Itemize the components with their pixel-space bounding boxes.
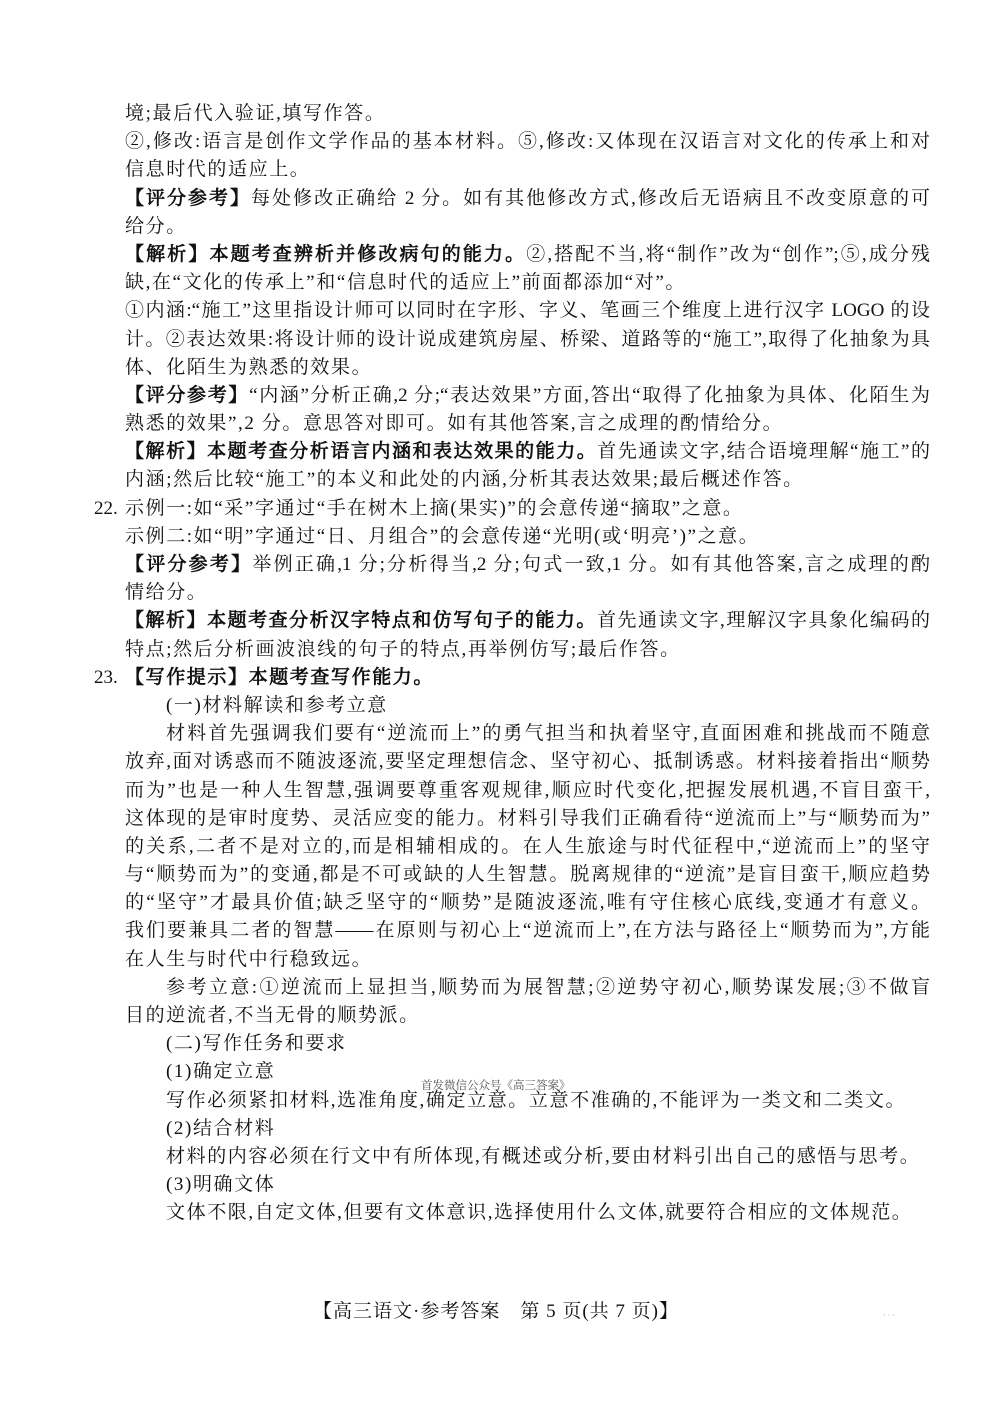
text-line: 材料首先强调我们要有“逆流而上”的勇气担当和执着坚守,直面困难和挑战而不随意 (125, 720, 930, 748)
text-line: (2)结合材料 (125, 1115, 930, 1143)
bold-label: 【解析】本题考查分析语言内涵和表达效果的能力。 (125, 441, 597, 462)
text-line: 【解析】本题考查辨析并修改病句的能力。②,搭配不当,将“制作”改为“创作”;⑤,… (125, 241, 930, 269)
text-segment: 举例正确,1 分;分析得当,2 分;句式一致,1 分。如有其他答案,言之成理的酌 (252, 554, 930, 575)
text-segment: 而为”也是一种人生智慧,强调要尊重客观规律,顺应时代变化,把握发展机遇,不盲目蛮… (125, 780, 930, 801)
text-segment: 示例二:如“明”字通过“日、月组合”的会意传递“光明(或‘明亮’)”之意。 (125, 526, 759, 547)
question-number: 23. (94, 664, 118, 692)
text-line: 示例二:如“明”字通过“日、月组合”的会意传递“光明(或‘明亮’)”之意。 (125, 523, 930, 551)
text-segment: 信息时代的适应上。 (125, 159, 310, 180)
text-segment: 缺,在“文化的传承上”和“信息时代的适应上”前面都添加“对”。 (125, 272, 686, 293)
text-line: 信息时代的适应上。 (125, 156, 930, 184)
text-segment: (1)确定立意 (166, 1061, 275, 1082)
text-line: 计。②表达效果:将设计师的设计说成建筑房屋、桥梁、道路等的“施工”,取得了化抽象… (125, 326, 930, 354)
text-line: 【评分参考】举例正确,1 分;分析得当,2 分;句式一致,1 分。如有其他答案,… (125, 551, 930, 579)
text-segment: 这体现的是审时度势、灵活应变的能力。材料引导我们正确看待“逆流而上”与“顺势而为… (125, 808, 930, 829)
page-footer: 【高三语文·参考答案 第 5 页(共 7 页)】 (0, 1300, 992, 1324)
answer-text: 境;最后代入验证,填写作答。20.②,修改:语言是创作文学作品的基本材料。⑤,修… (125, 100, 930, 1228)
text-line: (一)材料解读和参考立意 (125, 692, 930, 720)
watermark: 首发微信公众号《高三答案》 (421, 1080, 571, 1093)
text-segment: 与“顺势而为”的变通,都是不可或缺的人生智慧。脱离规律的“逆流”是盲目蛮干,顺应… (125, 864, 930, 885)
text-segment: 每处修改正确给 2 分。如有其他修改方式,修改后无语病且不改变原意的可 (251, 188, 930, 209)
text-segment: 示例一:如“采”字通过“手在树木上摘(果实)”的会意传递“摘取”之意。 (125, 498, 744, 519)
text-segment: ①内涵:“施工”这里指设计师可以同时在字形、字义、笔画三个维度上进行汉字 LOG… (125, 300, 930, 321)
text-line: 我们要兼具二者的智慧——在原则与初心上“逆流而上”,在方法与路径上“顺势而为”,… (125, 917, 930, 945)
bold-label: 【写作提示】本题考查写作能力。 (125, 667, 434, 688)
text-segment: (3)明确文体 (166, 1174, 275, 1195)
text-segment: 我们要兼具二者的智慧——在原则与初心上“逆流而上”,在方法与路径上“顺势而为”,… (125, 920, 930, 941)
text-segment: 材料首先强调我们要有“逆流而上”的勇气担当和执着坚守,直面困难和挑战而不随意 (166, 723, 930, 744)
text-line: 20.②,修改:语言是创作文学作品的基本材料。⑤,修改:又体现在汉语言对文化的传… (125, 128, 930, 156)
text-segment: 特点;然后分析画波浪线的句子的特点,再举例仿写;最后作答。 (125, 639, 681, 660)
text-segment: 体、化陌生为熟悉的效果。 (125, 357, 372, 378)
text-segment: 参考立意:①逆流而上显担当,顺势而为展智慧;②逆势守初心,顺势谋发展;③不做盲 (166, 977, 930, 998)
text-line: 【评分参考】“内涵”分析正确,2 分;“表达效果”方面,答出“取得了化抽象为具体… (125, 382, 930, 410)
text-segment: (2)结合材料 (166, 1118, 275, 1139)
text-line: 21.①内涵:“施工”这里指设计师可以同时在字形、字义、笔画三个维度上进行汉字 … (125, 297, 930, 325)
text-line: 【解析】本题考查分析汉字特点和仿写句子的能力。首先通读文字,理解汉字具象化编码的 (125, 607, 930, 635)
text-segment: 熟悉的效果”,2 分。意思答对即可。如有其他答案,言之成理的酌情给分。 (125, 413, 783, 434)
text-line: 境;最后代入验证,填写作答。 (125, 100, 930, 128)
bold-label: 【评分参考】 (125, 188, 251, 209)
text-line: 特点;然后分析画波浪线的句子的特点,再举例仿写;最后作答。 (125, 636, 930, 664)
text-line: 体、化陌生为熟悉的效果。 (125, 354, 930, 382)
text-line: 的关系,二者不是对立的,而是相辅相成的。在人生旅途与时代征程中,“逆流而上”的坚… (125, 833, 930, 861)
text-segment: “内涵”分析正确,2 分;“表达效果”方面,答出“取得了化抽象为具体、化陌生为 (249, 385, 930, 406)
text-line: 的“坚守”才最具价值;缺乏坚守的“顺势”是随波逐流,唯有守住核心底线,变通才有意… (125, 889, 930, 917)
text-line: (3)明确文体 (125, 1171, 930, 1199)
text-line: 这体现的是审时度势、灵活应变的能力。材料引导我们正确看待“逆流而上”与“顺势而为… (125, 805, 930, 833)
text-segment: 计。②表达效果:将设计师的设计说成建筑房屋、桥梁、道路等的“施工”,取得了化抽象… (125, 329, 930, 350)
text-line: 在人生与时代中行稳致远。 (125, 946, 930, 974)
text-line: 材料的内容必须在行文中有所体现,有概述或分析,要由材料引出自己的感悟与思考。 (125, 1143, 930, 1171)
document-page: 境;最后代入验证,填写作答。20.②,修改:语言是创作文学作品的基本材料。⑤,修… (0, 0, 992, 1402)
bold-label: 【解析】本题考查辨析并修改病句的能力。 (125, 244, 526, 265)
text-segment: 情给分。 (125, 582, 207, 603)
bold-label: 【评分参考】 (125, 385, 249, 406)
text-line: 情给分。 (125, 579, 930, 607)
text-line: 内涵;然后比较“施工”的本义和此处的内涵,分析其表达效果;最后概述作答。 (125, 466, 930, 494)
text-segment: 首先通读文字,理解汉字具象化编码的 (597, 610, 930, 631)
bold-label: 【解析】本题考查分析汉字特点和仿写句子的能力。 (125, 610, 597, 631)
text-line: 参考立意:①逆流而上显担当,顺势而为展智慧;②逆势守初心,顺势谋发展;③不做盲 (125, 974, 930, 1002)
text-line: 放弃,面对诱惑而不随波逐流,要坚定理想信念、坚守初心、抵制诱惑。材料接着指出“顺… (125, 748, 930, 776)
text-segment: 首先通读文字,结合语境理解“施工”的 (597, 441, 930, 462)
text-segment: 材料的内容必须在行文中有所体现,有概述或分析,要由材料引出自己的感悟与思考。 (166, 1146, 920, 1167)
text-line: 缺,在“文化的传承上”和“信息时代的适应上”前面都添加“对”。 (125, 269, 930, 297)
text-segment: 境;最后代入验证,填写作答。 (125, 103, 385, 124)
text-line: 与“顺势而为”的变通,都是不可或缺的人生智慧。脱离规律的“逆流”是盲目蛮干,顺应… (125, 861, 930, 889)
text-line: (二)写作任务和要求 (125, 1030, 930, 1058)
text-line: 目的逆流者,不当无骨的顺势派。 (125, 1002, 930, 1030)
text-segment: 的关系,二者不是对立的,而是相辅相成的。在人生旅途与时代征程中,“逆流而上”的坚… (125, 836, 930, 857)
text-line: 文体不限,自定文体,但要有文体意识,选择使用什么文体,就要符合相应的文体规范。 (125, 1199, 930, 1227)
text-line: 【解析】本题考查分析语言内涵和表达效果的能力。首先通读文字,结合语境理解“施工”… (125, 438, 930, 466)
text-segment: 给分。 (125, 216, 187, 237)
text-segment: ②,搭配不当,将“制作”改为“创作”;⑤,成分残 (526, 244, 930, 265)
text-line: 给分。 (125, 213, 930, 241)
question-number: 22. (94, 495, 118, 523)
text-segment: (二)写作任务和要求 (166, 1033, 347, 1054)
scan-artifact: ··· (883, 1311, 897, 1320)
text-segment: 在人生与时代中行稳致远。 (125, 949, 372, 970)
text-segment: 放弃,面对诱惑而不随波逐流,要坚定理想信念、坚守初心、抵制诱惑。材料接着指出“顺… (125, 751, 930, 772)
text-segment: ②,修改:语言是创作文学作品的基本材料。⑤,修改:又体现在汉语言对文化的传承上和… (125, 131, 930, 152)
text-line: 22.示例一:如“采”字通过“手在树木上摘(果实)”的会意传递“摘取”之意。 (125, 495, 930, 523)
bold-label: 【评分参考】 (125, 554, 252, 575)
text-segment: 的“坚守”才最具价值;缺乏坚守的“顺势”是随波逐流,唯有守住核心底线,变通才有意… (125, 892, 930, 913)
text-segment: (一)材料解读和参考立意 (166, 695, 388, 716)
text-line: 【评分参考】每处修改正确给 2 分。如有其他修改方式,修改后无语病且不改变原意的… (125, 185, 930, 213)
text-segment: 内涵;然后比较“施工”的本义和此处的内涵,分析其表达效果;最后概述作答。 (125, 469, 804, 490)
text-segment: 目的逆流者,不当无骨的顺势派。 (125, 1005, 420, 1026)
text-line: 23.【写作提示】本题考查写作能力。 (125, 664, 930, 692)
text-line: 熟悉的效果”,2 分。意思答对即可。如有其他答案,言之成理的酌情给分。 (125, 410, 930, 438)
text-line: 而为”也是一种人生智慧,强调要尊重客观规律,顺应时代变化,把握发展机遇,不盲目蛮… (125, 777, 930, 805)
text-segment: 文体不限,自定文体,但要有文体意识,选择使用什么文体,就要符合相应的文体规范。 (166, 1202, 912, 1223)
